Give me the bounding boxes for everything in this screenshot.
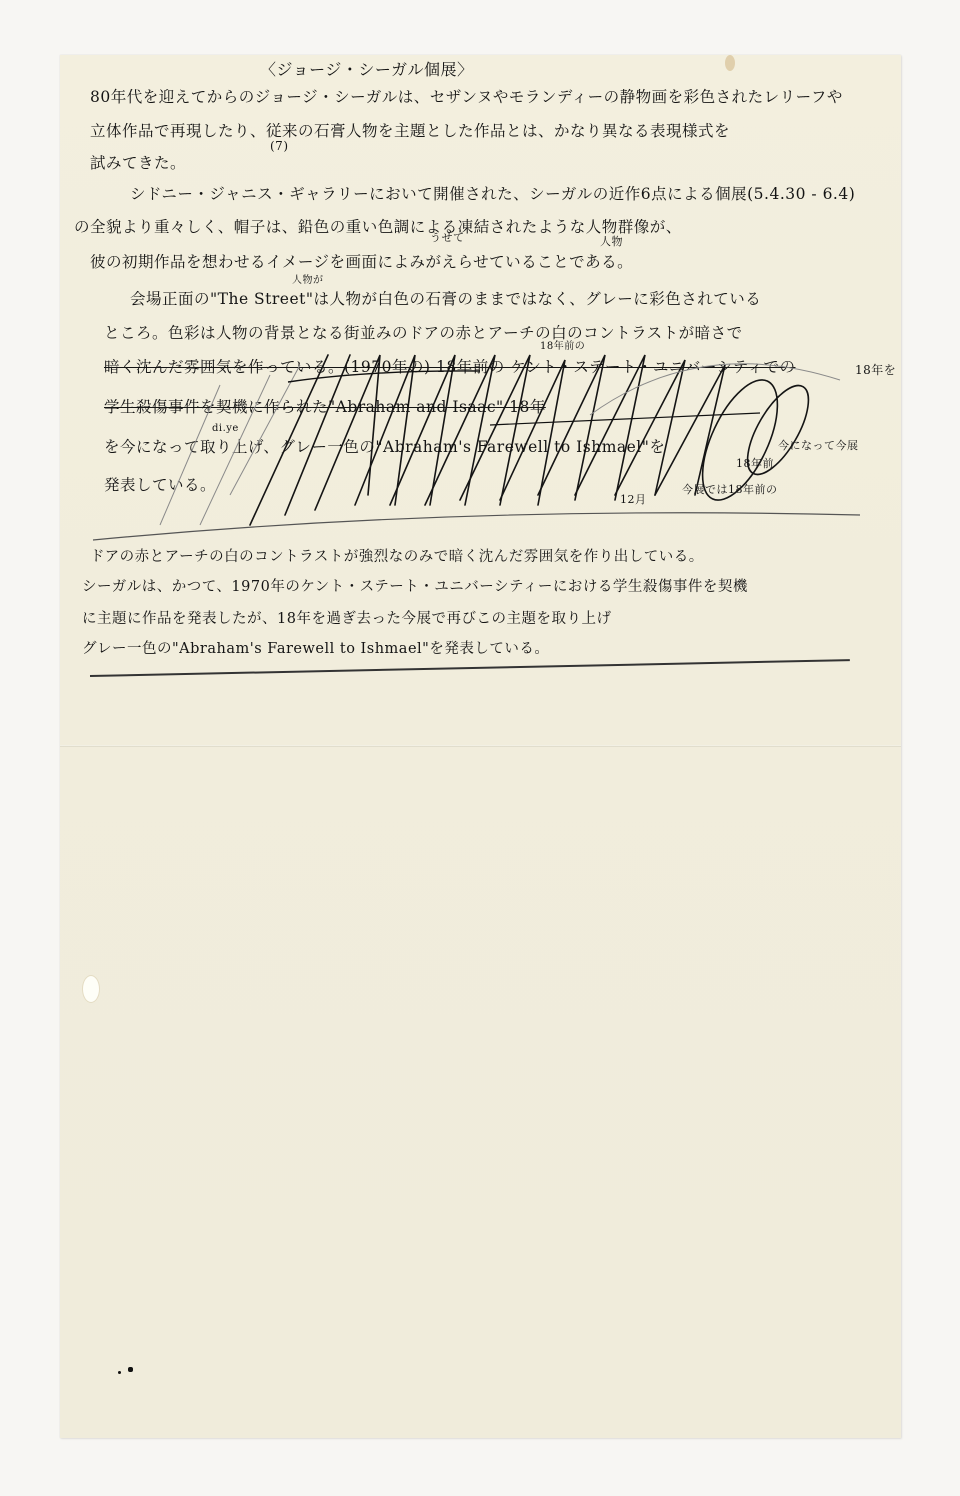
text-line: ドアの赤とアーチの白のコントラストが強烈なのみで暗く沈んだ雰囲気を作り出している… <box>60 545 931 566</box>
text-line: 立体作品で再現したり、従来の石膏人物を主題とした作品とは、かなり異なる表現様式を <box>60 119 931 141</box>
text-line: シドニー・ジャニス・ギャラリーにおいて開催された、シーガルの近作6点による個展(… <box>60 182 960 204</box>
margin-annotation: 人物 <box>60 233 960 249</box>
text-line-struck: 学生殺傷事件を契機に作られた"Abraham and Isaac" 18年 <box>60 395 945 417</box>
margin-annotation: 今展では18年前の <box>60 481 960 497</box>
text-line: グレー一色の"Abraham's Farewell to Ishmael"を発表… <box>60 637 923 658</box>
text-line: 彼の初期作品を想わせるイメージを画面によみがえらせていることである。 <box>60 250 931 272</box>
text-line: 会場正面の"The Street"は人物が白色の石膏のままではなく、グレーに彩色… <box>60 287 960 309</box>
ink-spot <box>118 1371 121 1374</box>
closing-rule-line <box>90 659 850 676</box>
ink-spot <box>128 1367 133 1372</box>
text-line: に主題に作品を発表したが、18年を過ぎ去った今展で再びこの主題を取り上げ <box>60 607 923 628</box>
margin-annotation: 18年を <box>60 361 960 378</box>
margin-annotation: 18年前の <box>60 337 960 352</box>
text-line: 試みてきた。 <box>60 151 931 173</box>
text-line: シーガルは、かつて、1970年のケント・ステート・ユニバーシティーにおける学生殺… <box>60 575 923 596</box>
manuscript-page: 〈ジョージ・シーガル個展〉 80年代を迎えてからのジョージ・シーガルは、セザンヌ… <box>60 55 901 1438</box>
margin-annotation: 今になって今展 <box>60 437 960 453</box>
document-title: 〈ジョージ・シーガル個展〉 <box>60 57 960 80</box>
paper-tear <box>82 975 100 1003</box>
text-line: 80年代を迎えてからのジョージ・シーガルは、セザンヌやモランディーの静物画を彩色… <box>60 85 931 107</box>
margin-annotation: 人物が <box>60 271 960 286</box>
insertion-mark: (7) <box>60 139 960 153</box>
paper-fold-crease <box>60 745 901 747</box>
margin-annotation: 18年前 <box>60 455 960 471</box>
margin-annotation: di.ye <box>60 423 960 434</box>
